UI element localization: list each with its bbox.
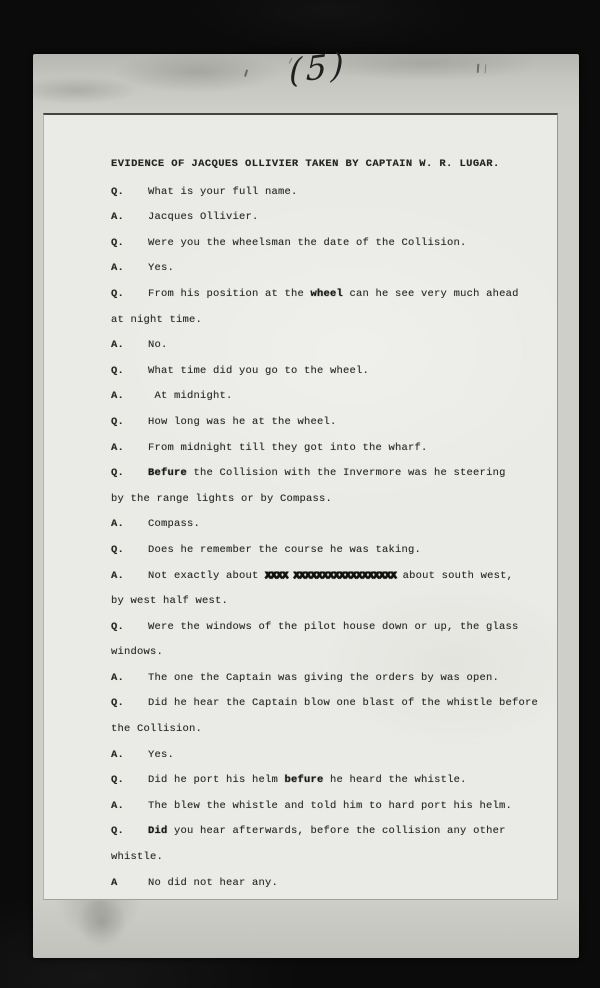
- speaker-label: Q.: [111, 282, 148, 308]
- qa-lines: Q.What is your full name.A.Jacques Olliv…: [111, 180, 547, 897]
- speaker-label: A.: [111, 384, 148, 410]
- line-text: What is your full name.: [148, 186, 298, 198]
- speaker-label: Q.: [111, 359, 148, 385]
- document-title: EVIDENCE OF JACQUES OLLIVIER TAKEN BY CA…: [111, 152, 547, 178]
- document-text: EVIDENCE OF JACQUES OLLIVIER TAKEN BY CA…: [111, 152, 547, 896]
- line-text: the Collision.: [111, 723, 202, 735]
- backing-page: (5) EVIDENCE OF JACQUES OLLIVIER TAKEN B…: [33, 54, 579, 958]
- overstruck-text: Did: [148, 825, 168, 837]
- qa-line: Q.Were the windows of the pilot house do…: [111, 615, 547, 641]
- typed-sheet: EVIDENCE OF JACQUES OLLIVIER TAKEN BY CA…: [43, 113, 558, 900]
- qa-line: Q.Did you hear afterwards, before the co…: [111, 819, 547, 845]
- line-text: Befure the Collision with the Invermore …: [148, 467, 506, 479]
- qa-continuation-line: windows.: [111, 640, 547, 666]
- line-text: at night time.: [111, 314, 202, 326]
- line-text: Yes.: [148, 749, 174, 761]
- redacted-text: XXXX XXXXXXXXXXXXXXXXXX: [265, 570, 396, 582]
- qa-line: Q.Befure the Collision with the Invermor…: [111, 461, 547, 487]
- line-text: Jacques Ollivier.: [148, 211, 259, 223]
- line-text: Not exactly about XXXX XXXXXXXXXXXXXXXXX…: [148, 570, 513, 582]
- qa-line: Q.Does he remember the course he was tak…: [111, 538, 547, 564]
- line-text: Yes.: [148, 262, 174, 274]
- qa-line: A.The one the Captain was giving the ord…: [111, 666, 547, 692]
- speaker-label: Q.: [111, 768, 148, 794]
- line-text: How long was he at the wheel.: [148, 416, 337, 428]
- line-text: No.: [148, 339, 168, 351]
- qa-continuation-line: the Collision.: [111, 717, 547, 743]
- overstruck-text: wheel: [311, 288, 344, 300]
- ink-mark: [477, 64, 487, 74]
- speaker-label: A.: [111, 436, 148, 462]
- qa-line: A.From midnight till they got into the w…: [111, 436, 547, 462]
- qa-line: Q.What is your full name.: [111, 180, 547, 206]
- qa-continuation-line: by the range lights or by Compass.: [111, 487, 547, 513]
- qa-line: A.Not exactly about XXXX XXXXXXXXXXXXXXX…: [111, 564, 547, 590]
- scanned-photo: { "colors": { "photo_background": "#0b0b…: [0, 0, 600, 988]
- overstruck-text: befure: [285, 774, 324, 786]
- qa-line: A.Yes.: [111, 743, 547, 769]
- line-text: whistle.: [111, 851, 163, 863]
- qa-line: Q.What time did you go to the wheel.: [111, 359, 547, 385]
- line-text: No did not hear any.: [148, 877, 278, 889]
- qa-continuation-line: at night time.: [111, 308, 547, 334]
- speaker-label: A.: [111, 256, 148, 282]
- qa-line: Q.From his position at the wheel can he …: [111, 282, 547, 308]
- ink-mark: [244, 70, 250, 78]
- speaker-label: Q.: [111, 691, 148, 717]
- line-text: From midnight till they got into the wha…: [148, 442, 428, 454]
- qa-line: ANo did not hear any.: [111, 871, 547, 897]
- speaker-label: A: [111, 871, 148, 897]
- line-text: Did you hear afterwards, before the coll…: [148, 825, 506, 837]
- qa-continuation-line: by west half west.: [111, 589, 547, 615]
- speaker-label: A.: [111, 794, 148, 820]
- line-text: by west half west.: [111, 595, 228, 607]
- overstruck-text: Befure: [148, 467, 187, 479]
- qa-line: Q.Did he hear the Captain blow one blast…: [111, 691, 547, 717]
- paper-smudge: [77, 896, 127, 948]
- line-text: Were you the wheelsman the date of the C…: [148, 237, 467, 249]
- speaker-label: A.: [111, 666, 148, 692]
- line-text: Compass.: [148, 518, 200, 530]
- line-text: At midnight.: [148, 390, 233, 402]
- line-text: Did he port his helm befure he heard the…: [148, 774, 467, 786]
- speaker-label: Q.: [111, 231, 148, 257]
- speaker-label: Q.: [111, 180, 148, 206]
- line-text: What time did you go to the wheel.: [148, 365, 369, 377]
- line-text: The one the Captain was giving the order…: [148, 672, 499, 684]
- line-text: by the range lights or by Compass.: [111, 493, 332, 505]
- qa-line: A.Jacques Ollivier.: [111, 205, 547, 231]
- qa-line: Q.How long was he at the wheel.: [111, 410, 547, 436]
- line-text: From his position at the wheel can he se…: [148, 288, 519, 300]
- qa-line: A.No.: [111, 333, 547, 359]
- line-text: The blew the whistle and told him to har…: [148, 800, 512, 812]
- speaker-label: Q.: [111, 461, 148, 487]
- qa-line: A. At midnight.: [111, 384, 547, 410]
- speaker-label: Q.: [111, 410, 148, 436]
- speaker-label: A.: [111, 205, 148, 231]
- qa-line: Q.Were you the wheelsman the date of the…: [111, 231, 547, 257]
- speaker-label: Q.: [111, 819, 148, 845]
- speaker-label: A.: [111, 743, 148, 769]
- qa-line: A.Yes.: [111, 256, 547, 282]
- qa-continuation-line: whistle.: [111, 845, 547, 871]
- line-text: windows.: [111, 646, 163, 658]
- line-text: Does he remember the course he was takin…: [148, 544, 421, 556]
- speaker-label: Q.: [111, 615, 148, 641]
- line-text: Did he hear the Captain blow one blast o…: [148, 697, 538, 709]
- handwritten-page-number: (5): [289, 44, 348, 91]
- speaker-label: A.: [111, 564, 148, 590]
- qa-line: A.The blew the whistle and told him to h…: [111, 794, 547, 820]
- speaker-label: Q.: [111, 538, 148, 564]
- speaker-label: A.: [111, 512, 148, 538]
- line-text: Were the windows of the pilot house down…: [148, 621, 519, 633]
- speaker-label: A.: [111, 333, 148, 359]
- qa-line: A.Compass.: [111, 512, 547, 538]
- qa-line: Q.Did he port his helm befure he heard t…: [111, 768, 547, 794]
